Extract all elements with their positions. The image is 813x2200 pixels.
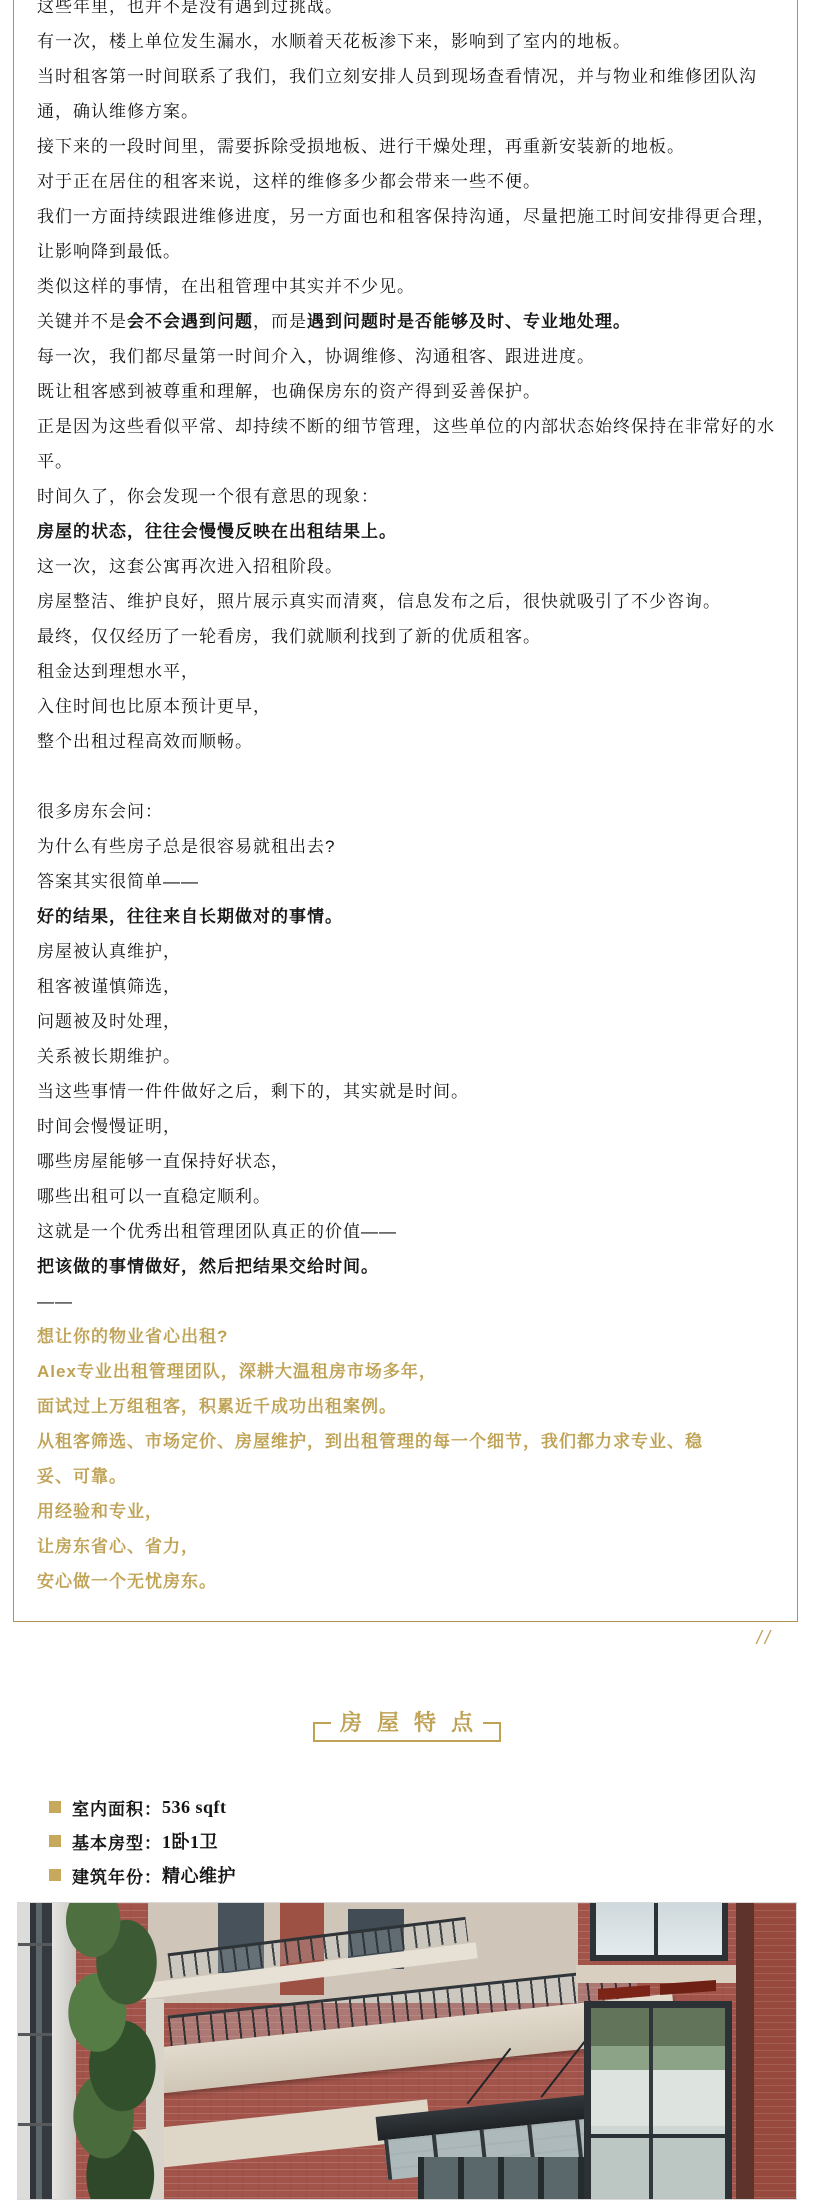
article-gold-text: 面试过上万组租客，积累近千成功出租案例。	[37, 1397, 397, 1416]
article-line: 为什么有些房子总是很容易就租出去?	[37, 829, 774, 864]
article-line: 用经验和专业，	[37, 1494, 774, 1529]
article-text-segment: 当时租客第一时间联系了我们，我们立刻安排人员到现场查看情况，并与物业和维修团队沟	[37, 67, 757, 86]
article-text-segment: 最终，仅仅经历了一轮看房，我们就顺利找到了新的优质租客。	[37, 627, 541, 646]
article-gold-text: 用经验和专业，	[37, 1502, 163, 1521]
feature-section-header: 房屋特点	[313, 1712, 501, 1742]
article-line: 房屋的状态，往往会慢慢反映在出租结果上。	[37, 514, 774, 549]
article-gold-text: Alex专业出租管理团队，深耕大温租房市场多年，	[37, 1362, 437, 1381]
feature-item: 建筑年份：精心维护	[49, 1858, 813, 1892]
article-line: Alex专业出租管理团队，深耕大温租房市场多年，	[37, 1354, 774, 1389]
article-line: 租金达到理想水平，	[37, 654, 774, 689]
photo-shadow-gap	[736, 1903, 754, 2199]
article-line: 时间会慢慢证明，	[37, 1109, 774, 1144]
photo-climbing-ivy	[62, 1903, 166, 2199]
article-line	[37, 759, 774, 794]
article-line: 整个出租过程高效而顺畅。	[37, 724, 774, 759]
article-box: 这些年里，也并不是没有遇到过挑战。有一次，楼上单位发生漏水，水顺着天花板渗下来，…	[13, 0, 798, 1622]
article-line: 正是因为这些看似平常、却持续不断的细节管理，这些单位的内部状态始终保持在非常好的…	[37, 409, 774, 444]
article-text-segment: 整个出租过程高效而顺畅。	[37, 732, 253, 751]
article-line: 答案其实很简单——	[37, 864, 774, 899]
article-text-segment: 很多房东会问：	[37, 802, 163, 821]
article-line: 对于正在居住的租客来说，这样的维修多少都会带来一些不便。	[37, 164, 774, 199]
article-line: 这一次，这套公寓再次进入招租阶段。	[37, 549, 774, 584]
article-line: 让影响降到最低。	[37, 234, 774, 269]
article-text-segment: 有一次，楼上单位发生漏水，水顺着天花板渗下来，影响到了室内的地板。	[37, 32, 631, 51]
article-text-segment: ，而是	[253, 312, 307, 331]
article-line: ——	[37, 1284, 774, 1319]
divider-slashes: //	[0, 1626, 813, 1652]
article-line: 租客被谨慎筛选，	[37, 969, 774, 1004]
article-bold-text: 会不会遇到问题	[127, 312, 253, 331]
article-text-segment: 哪些房屋能够一直保持好状态，	[37, 1152, 289, 1171]
feature-item: 基本房型：1卧1卫	[49, 1824, 813, 1858]
feature-value: 536 sqft	[162, 1797, 227, 1818]
article-line: 房屋被认真维护，	[37, 934, 774, 969]
article-line: 妥、可靠。	[37, 1459, 774, 1494]
article-text-segment: 通，确认维修方案。	[37, 102, 199, 121]
article-line: 既让租客感到被尊重和理解，也确保房东的资产得到妥善保护。	[37, 374, 774, 409]
article-text-segment: 这一次，这套公寓再次进入招租阶段。	[37, 557, 343, 576]
feature-label: 基本房型：	[72, 1829, 162, 1854]
article-text-segment: 平。	[37, 452, 73, 471]
article-line: 最终，仅仅经历了一轮看房，我们就顺利找到了新的优质租客。	[37, 619, 774, 654]
article-text-segment: 我们一方面持续跟进维修进度，另一方面也和租客保持沟通，尽量把施工时间安排得更合理…	[37, 207, 775, 226]
article-line: 当这些事情一件件做好之后，剩下的，其实就是时间。	[37, 1074, 774, 1109]
article-text-segment: 租金达到理想水平，	[37, 662, 199, 681]
article-text-segment: 关键并不是	[37, 312, 127, 331]
article-text-segment: 问题被及时处理，	[37, 1012, 181, 1031]
article-line: 哪些出租可以一直稳定顺利。	[37, 1179, 774, 1214]
article-text-segment: 既让租客感到被尊重和理解，也确保房东的资产得到妥善保护。	[37, 382, 541, 401]
article-line: 从租客筛选、市场定价、房屋维护，到出租管理的每一个细节，我们都力求专业、稳	[37, 1424, 774, 1459]
article-bold-text: 遇到问题时是否能够及时、专业地处理。	[307, 312, 631, 331]
article-text-segment: 让影响降到最低。	[37, 242, 181, 261]
article-line: 好的结果，往往来自长期做对的事情。	[37, 899, 774, 934]
article-line: 安心做一个无忧房东。	[37, 1564, 774, 1599]
article-line: 平。	[37, 444, 774, 479]
article-line: 关键并不是会不会遇到问题，而是遇到问题时是否能够及时、专业地处理。	[37, 304, 774, 339]
photo-right-upper-window	[590, 1903, 728, 1961]
article-text-segment: 时间久了，你会发现一个很有意思的现象：	[37, 487, 379, 506]
feature-value: 精心维护	[162, 1862, 236, 1888]
article-page: 这些年里，也并不是没有遇到过挑战。有一次，楼上单位发生漏水，水顺着天花板渗下来，…	[0, 0, 813, 2200]
feature-list: 室内面积：536 sqft基本房型：1卧1卫建筑年份：精心维护	[0, 1790, 813, 1892]
article-line: 想让你的物业省心出租?	[37, 1319, 774, 1354]
article-text-segment: ——	[37, 1292, 73, 1311]
article-text-segment: 类似这样的事情，在出租管理中其实并不少见。	[37, 277, 415, 296]
article-line: 哪些房屋能够一直保持好状态，	[37, 1144, 774, 1179]
article-text-segment: 对于正在居住的租客来说，这样的维修多少都会带来一些不便。	[37, 172, 541, 191]
article-line: 把该做的事情做好，然后把结果交给时间。	[37, 1249, 774, 1284]
photo-right-lower-window	[584, 2001, 732, 2200]
article-gold-text: 让房东省心、省力，	[37, 1537, 199, 1556]
article-line: 通，确认维修方案。	[37, 94, 774, 129]
article-line: 这就是一个优秀出租管理团队真正的价值——	[37, 1214, 774, 1249]
article-line: 当时租客第一时间联系了我们，我们立刻安排人员到现场查看情况，并与物业和维修团队沟	[37, 59, 774, 94]
article-text-segment: 租客被谨慎筛选，	[37, 977, 181, 996]
article-text-segment: 关系被长期维护。	[37, 1047, 181, 1066]
article-line: 时间久了，你会发现一个很有意思的现象：	[37, 479, 774, 514]
article-line: 入住时间也比原本预计更早，	[37, 689, 774, 724]
article-line: 房屋整洁、维护良好，照片展示真实而清爽，信息发布之后，很快就吸引了不少咨询。	[37, 584, 774, 619]
article-text-segment: 正是因为这些看似平常、却持续不断的细节管理，这些单位的内部状态始终保持在非常好的…	[37, 417, 775, 436]
article-text-segment: 这就是一个优秀出租管理团队真正的价值——	[37, 1222, 397, 1241]
article-line: 类似这样的事情，在出租管理中其实并不少见。	[37, 269, 774, 304]
bullet-square-icon	[49, 1869, 61, 1881]
photo-left-window-slot	[30, 1903, 52, 2199]
article-text-segment: 为什么有些房子总是很容易就租出去?	[37, 837, 335, 856]
article-text: 这些年里，也并不是没有遇到过挑战。有一次，楼上单位发生漏水，水顺着天花板渗下来，…	[37, 0, 774, 1599]
article-gold-text: 想让你的物业省心出租?	[37, 1327, 228, 1346]
feature-label: 室内面积：	[72, 1795, 162, 1820]
bullet-square-icon	[49, 1835, 61, 1847]
feature-label: 建筑年份：	[72, 1863, 162, 1888]
article-gold-text: 安心做一个无忧房东。	[37, 1572, 217, 1591]
article-line: 问题被及时处理，	[37, 1004, 774, 1039]
article-text-segment: 当这些事情一件件做好之后，剩下的，其实就是时间。	[37, 1082, 469, 1101]
feature-value: 1卧1卫	[162, 1828, 218, 1854]
article-line: 关系被长期维护。	[37, 1039, 774, 1074]
article-text-segment: 入住时间也比原本预计更早，	[37, 697, 271, 716]
article-gold-text: 妥、可靠。	[37, 1467, 127, 1486]
article-text-segment: 时间会慢慢证明，	[37, 1117, 181, 1136]
article-line: 接下来的一段时间里，需要拆除受损地板、进行干燥处理，再重新安装新的地板。	[37, 129, 774, 164]
article-line: 让房东省心、省力，	[37, 1529, 774, 1564]
building-photo[interactable]	[17, 1902, 797, 2200]
article-text-segment: 房屋整洁、维护良好，照片展示真实而清爽，信息发布之后，很快就吸引了不少咨询。	[37, 592, 721, 611]
feature-section-title: 房屋特点	[313, 1706, 516, 1737]
article-text-segment: 这些年里，也并不是没有遇到过挑战。	[37, 0, 343, 16]
article-bold-text: 房屋的状态，往往会慢慢反映在出租结果上。	[37, 522, 397, 541]
article-bold-text: 好的结果，往往来自长期做对的事情。	[37, 907, 343, 926]
article-text-segment: 每一次，我们都尽量第一时间介入，协调维修、沟通租客、跟进进度。	[37, 347, 595, 366]
photo-right-brick-pillar	[754, 1903, 796, 2199]
article-line: 有一次，楼上单位发生漏水，水顺着天花板渗下来，影响到了室内的地板。	[37, 24, 774, 59]
article-line: 每一次，我们都尽量第一时间介入，协调维修、沟通租客、跟进进度。	[37, 339, 774, 374]
feature-item: 室内面积：536 sqft	[49, 1790, 813, 1824]
article-text-segment: 哪些出租可以一直稳定顺利。	[37, 1187, 271, 1206]
bullet-square-icon	[49, 1801, 61, 1813]
article-text-segment: 房屋被认真维护，	[37, 942, 181, 961]
article-gold-text: 从租客筛选、市场定价、房屋维护，到出租管理的每一个细节，我们都力求专业、稳	[37, 1432, 703, 1451]
article-bold-text: 把该做的事情做好，然后把结果交给时间。	[37, 1257, 379, 1276]
article-text-segment: 答案其实很简单——	[37, 872, 199, 891]
article-line: 我们一方面持续跟进维修进度，另一方面也和租客保持沟通，尽量把施工时间安排得更合理…	[37, 199, 774, 234]
article-line: 很多房东会问：	[37, 794, 774, 829]
article-line: 这些年里，也并不是没有遇到过挑战。	[37, 0, 774, 24]
article-line: 面试过上万组租客，积累近千成功出租案例。	[37, 1389, 774, 1424]
article-text-segment: 接下来的一段时间里，需要拆除受损地板、进行干燥处理，再重新安装新的地板。	[37, 137, 685, 156]
